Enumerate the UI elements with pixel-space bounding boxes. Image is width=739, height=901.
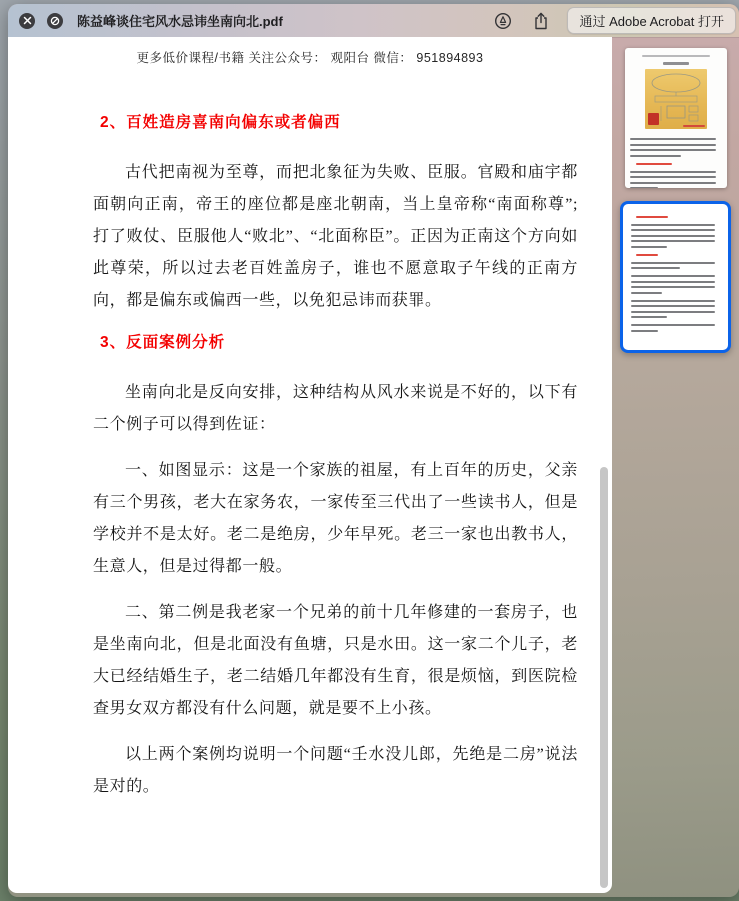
document-blocks: 2、百姓造房喜南向偏东或者偏西古代把南视为至尊，而把北象征为失败、臣服。官殿和庙… bbox=[93, 112, 578, 803]
thumbnail-text-line bbox=[630, 149, 716, 151]
paragraph: 一、如图显示：这是一个家族的祖屋，有上百年的历史，父亲有三个男孩，老大在家务农，… bbox=[93, 455, 578, 583]
thumbnail-text-line bbox=[630, 187, 658, 188]
window-title: 陈益峰谈住宅风水忌讳坐南向北.pdf bbox=[77, 11, 283, 30]
section-heading: 2、百姓造房喜南向偏东或者偏西 bbox=[100, 112, 578, 133]
thumbnail-line-group bbox=[631, 224, 720, 248]
image-caption-line bbox=[683, 125, 705, 127]
thumbnail-line-group bbox=[630, 163, 722, 165]
thumbnail-text-line bbox=[631, 246, 667, 248]
thumbnail-text-line bbox=[631, 267, 680, 269]
thumbnail-text-line bbox=[631, 324, 715, 326]
close-icon bbox=[23, 16, 32, 25]
markup-icon bbox=[494, 12, 512, 30]
toolbar: 陈益峰谈住宅风水忌讳坐南向北.pdf bbox=[8, 4, 739, 37]
blocked-button[interactable] bbox=[47, 13, 63, 29]
thumbnail-text-line bbox=[630, 155, 681, 157]
share-icon bbox=[532, 11, 550, 31]
thumbnail-text-line bbox=[631, 305, 715, 307]
thumbnail-text-line bbox=[636, 163, 673, 165]
thumbnail-line-group bbox=[631, 324, 720, 332]
thumbnail-text-line bbox=[631, 300, 715, 302]
thumbnail-text-line bbox=[636, 216, 668, 218]
thumbnail-text-line bbox=[636, 254, 657, 256]
thumbnail-text-line bbox=[630, 176, 716, 178]
thumbnail-text-line bbox=[631, 316, 667, 318]
thumbnail-line-group bbox=[630, 138, 722, 157]
red-seal-stamp bbox=[648, 113, 659, 125]
thumbnail-line-group bbox=[631, 262, 720, 270]
document-header-line: 更多低价课程/书籍 关注公众号： 观阳台 微信： 951894893 bbox=[8, 37, 612, 66]
thumbnail-text-line bbox=[631, 224, 715, 226]
thumbnail-header-line bbox=[642, 55, 710, 57]
thumbnail-text-line bbox=[631, 281, 715, 283]
thumbnail-text-line bbox=[630, 144, 716, 146]
thumbnail-text-line bbox=[631, 275, 715, 277]
open-with-acrobat-button[interactable]: 通过 Adobe Acrobat 打开 bbox=[567, 7, 736, 34]
thumbnail-text-line bbox=[631, 235, 715, 237]
share-button[interactable] bbox=[529, 9, 553, 33]
thumbnail-text-area bbox=[623, 204, 728, 332]
markup-button[interactable] bbox=[491, 9, 515, 33]
thumbnail-text-line bbox=[631, 229, 715, 231]
thumbnail-text-area bbox=[625, 129, 727, 189]
thumbnail-text-line bbox=[631, 330, 658, 332]
close-button[interactable] bbox=[19, 13, 35, 29]
thumbnail-line-group bbox=[631, 275, 720, 294]
thumbnail-text-line bbox=[630, 182, 716, 184]
toolbar-right-group: 通过 Adobe Acrobat 打开 bbox=[491, 7, 739, 34]
vertical-scrollbar[interactable] bbox=[600, 467, 608, 888]
thumbnail-page-1[interactable] bbox=[625, 48, 727, 188]
thumbnail-text-line bbox=[631, 311, 715, 313]
paragraph: 二、第二例是我老家一个兄弟的前十几年修建的一套房子，也是坐南向北，但是北面没有鱼… bbox=[93, 597, 578, 725]
thumbnail-text-line bbox=[630, 171, 716, 173]
thumbnail-title-line bbox=[663, 62, 689, 65]
paragraph: 以上两个案例均说明一个问题“壬水没儿郎，先绝是二房”说法是对的。 bbox=[93, 739, 578, 803]
pdf-page: 更多低价课程/书籍 关注公众号： 观阳台 微信： 951894893 2、百姓造… bbox=[8, 37, 612, 893]
thumbnail-line-group bbox=[631, 300, 720, 319]
blocked-icon bbox=[50, 16, 60, 26]
thumbnail-page-2-selected[interactable] bbox=[620, 201, 731, 353]
thumbnail-text-line bbox=[630, 138, 716, 140]
thumbnail-line-group bbox=[631, 254, 720, 256]
section-heading: 3、反面案例分析 bbox=[100, 332, 578, 353]
thumbnail-line-group bbox=[630, 171, 722, 189]
floorplan-map-image bbox=[645, 69, 707, 129]
quicklook-window: 陈益峰谈住宅风水忌讳坐南向北.pdf bbox=[8, 4, 739, 897]
paragraph: 古代把南视为至尊，而把北象征为失败、臣服。官殿和庙宇都面朝向正南，帝王的座位都是… bbox=[93, 157, 578, 317]
thumbnail-line-group bbox=[631, 216, 720, 218]
thumbnail-text-line bbox=[631, 240, 715, 242]
thumbnail-text-line bbox=[631, 292, 662, 294]
paragraph: 坐南向北是反向安排，这种结构从风水来说是不好的，以下有二个例子可以得到佐证： bbox=[93, 377, 578, 441]
thumbnail-text-line bbox=[631, 286, 715, 288]
thumbnail-text-line bbox=[631, 262, 715, 264]
